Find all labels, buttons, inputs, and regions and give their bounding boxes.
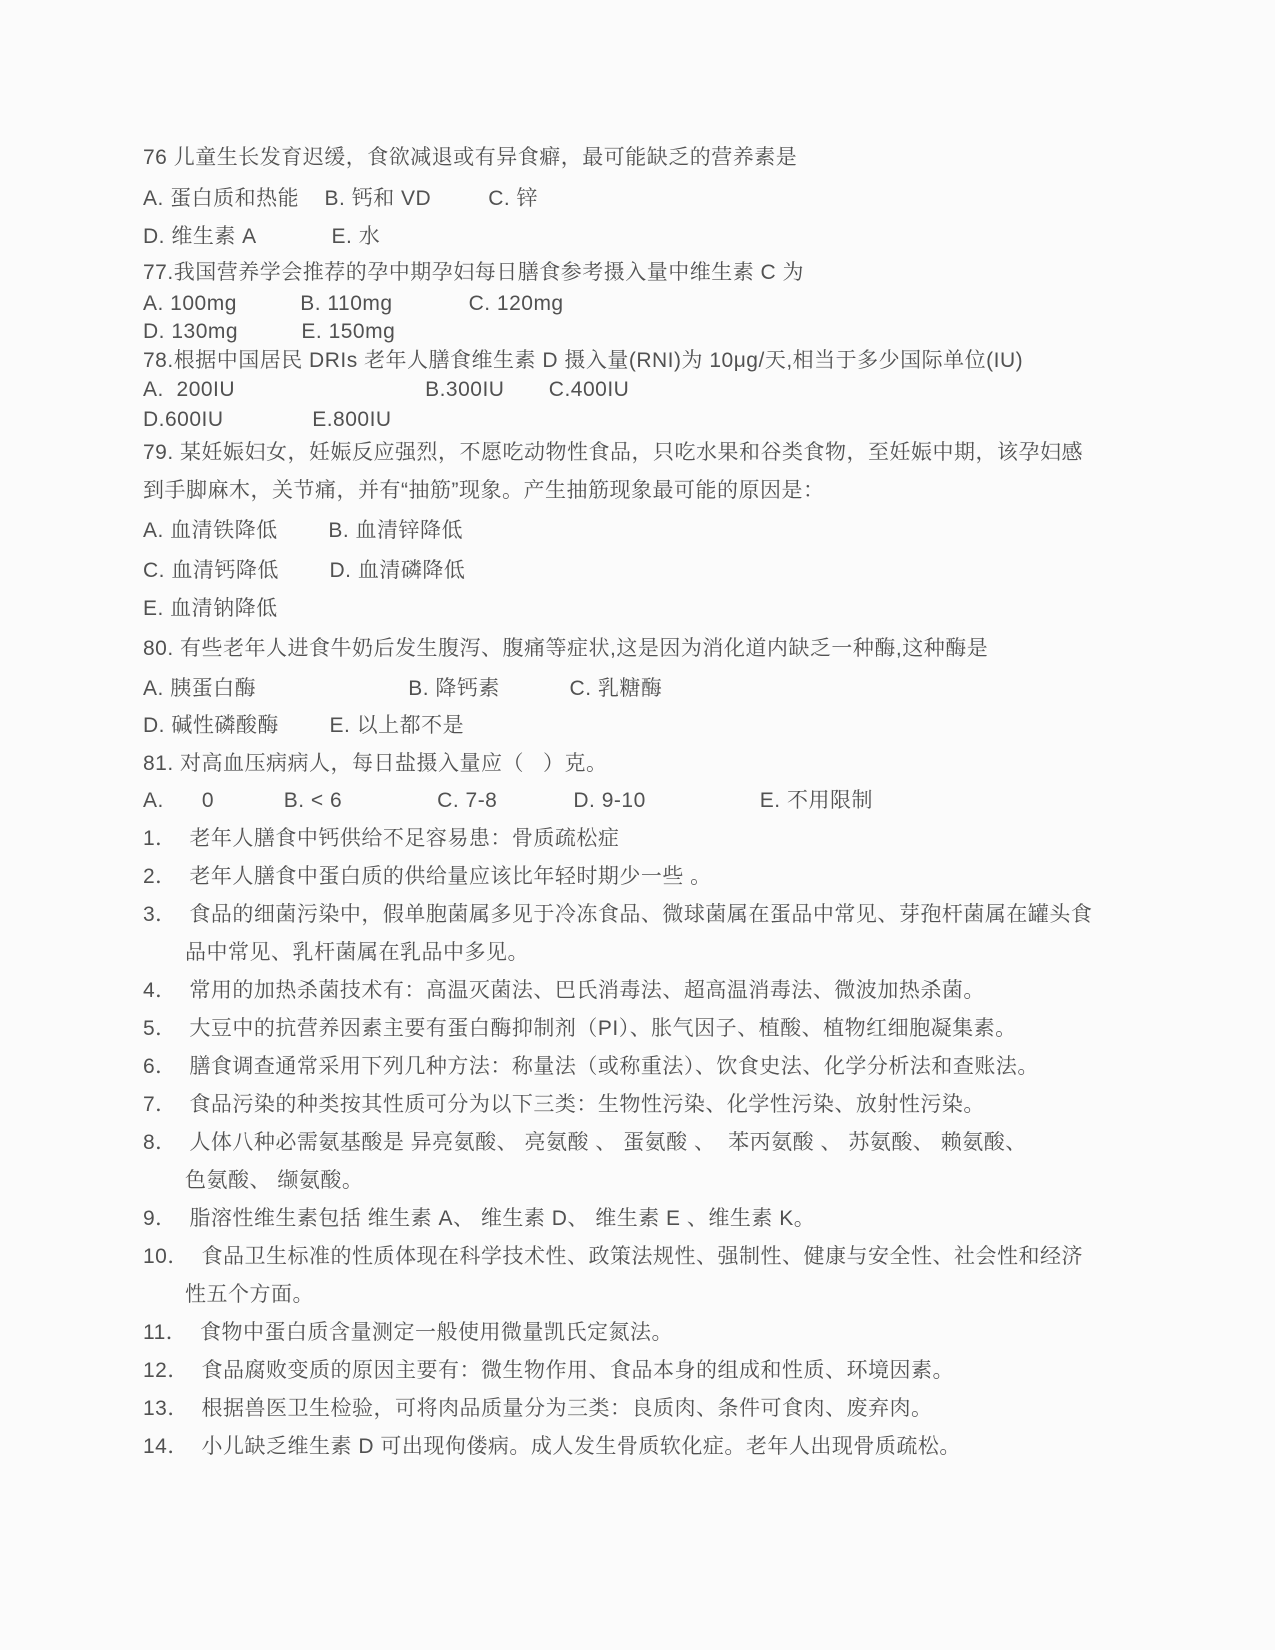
text-line: A. 100mg B. 110mg C. 120mg [143,286,1215,316]
text-line: E. 血清钠降低 [143,584,1215,622]
text-line: A. 200IU B.300IU C.400IU [143,374,1215,402]
text-line: D.600IU E.800IU [143,402,1215,432]
text-line: C. 血清钙降低 D. 血清磷降低 [143,544,1215,584]
text-line: 8． 人体八种必需氨基酸是 异亮氨酸、 亮氨酸 、 蛋氨酸 、 苯丙氨酸 、 苏… [143,1118,1215,1156]
text-line: 性五个方面。 [185,1270,1215,1308]
text-line: 78.根据中国居民 DRIs 老年人膳食维生素 D 摄入量(RNI)为 10μg… [143,344,1215,374]
text-line: D. 碱性磷酸酶 E. 以上都不是 [143,702,1215,739]
text-line: A. 0 B. < 6 C. 7-8 D. 9-10 E. 不用限制 [143,777,1215,814]
question-79: 79. 某妊娠妇女，妊娠反应强烈，不愿吃动物性食品，只吃水果和谷类食物，至妊娠中… [143,432,1215,622]
text-line: 6． 膳食调查通常采用下列几种方法：称量法（或称重法）、饮食史法、化学分析法和查… [143,1042,1215,1080]
text-line: A. 血清铁降低 B. 血清锌降低 [143,504,1215,544]
text-line: A. 胰蛋白酶 B. 降钙素 C. 乳糖酶 [143,662,1215,702]
question-77: 77.我国营养学会推荐的孕中期孕妇每日膳食参考摄入量中维生素 C 为A. 100… [143,250,1215,344]
text-line: 79. 某妊娠妇女，妊娠反应强烈，不愿吃动物性食品，只吃水果和谷类食物，至妊娠中… [143,432,1215,466]
text-line: 10． 食品卫生标准的性质体现在科学技术性、政策法规性、强制性、健康与安全性、社… [143,1232,1215,1270]
text-line: 品中常见、乳杆菌属在乳品中多见。 [185,928,1215,966]
text-line: 到手脚麻木，关节痛，并有“抽筋”现象。产生抽筋现象最可能的原因是： [143,466,1215,504]
text-line: 11． 食物中蛋白质含量测定一般使用微量凯氏定氮法。 [143,1308,1215,1346]
text-line: 7． 食品污染的种类按其性质可分为以下三类：生物性污染、化学性污染、放射性污染。 [143,1080,1215,1118]
text-line: 77.我国营养学会推荐的孕中期孕妇每日膳食参考摄入量中维生素 C 为 [143,250,1215,286]
question-78: 78.根据中国居民 DRIs 老年人膳食维生素 D 摄入量(RNI)为 10μg… [143,344,1215,432]
question-81: 81. 对高血压病病人，每日盐摄入量应（ ）克。A. 0 B. < 6 C. 7… [143,739,1215,814]
text-line: 80. 有些老年人进食牛奶后发生腹泻、腹痛等症状,这是因为消化道内缺乏一种酶,这… [143,622,1215,662]
text-line: A. 蛋白质和热能 B. 钙和 VD C. 锌 [143,171,1215,212]
text-line: 1． 老年人膳食中钙供给不足容易患：骨质疏松症 [143,814,1215,852]
text-line: 14． 小儿缺乏维生素 D 可出现佝偻病。成人发生骨质软化症。老年人出现骨质疏松… [143,1422,1215,1460]
text-line: D. 维生素 A E. 水 [143,212,1215,250]
text-line: D. 130mg E. 150mg [143,316,1215,344]
question-80: 80. 有些老年人进食牛奶后发生腹泻、腹痛等症状,这是因为消化道内缺乏一种酶,这… [143,622,1215,739]
text-line: 76 儿童生长发育迟缓，食欲减退或有异食癖，最可能缺乏的营养素是 [143,130,1215,171]
text-line: 色氨酸、 缬氨酸。 [185,1156,1215,1194]
text-line: 2． 老年人膳食中蛋白质的供给量应该比年轻时期少一些 。 [143,852,1215,890]
text-line: 12． 食品腐败变质的原因主要有：微生物作用、食品本身的组成和性质、环境因素。 [143,1346,1215,1384]
question-76: 76 儿童生长发育迟缓，食欲减退或有异食癖，最可能缺乏的营养素是A. 蛋白质和热… [143,130,1215,250]
text-line: 5． 大豆中的抗营养因素主要有蛋白酶抑制剂（PI）、胀气因子、植酸、植物红细胞凝… [143,1004,1215,1042]
text-line: 81. 对高血压病病人，每日盐摄入量应（ ）克。 [143,739,1215,777]
text-line: 13． 根据兽医卫生检验，可将肉品质量分为三类：良质肉、条件可食肉、废弃肉。 [143,1384,1215,1422]
statements: 1． 老年人膳食中钙供给不足容易患：骨质疏松症2． 老年人膳食中蛋白质的供给量应… [143,814,1215,1460]
text-line: 4． 常用的加热杀菌技术有：高温灭菌法、巴氏消毒法、超高温消毒法、微波加热杀菌。 [143,966,1215,1004]
document-page: 76 儿童生长发育迟缓，食欲减退或有异食癖，最可能缺乏的营养素是A. 蛋白质和热… [0,0,1275,1650]
document-content: 76 儿童生长发育迟缓，食欲减退或有异食癖，最可能缺乏的营养素是A. 蛋白质和热… [143,130,1215,1460]
text-line: 3． 食品的细菌污染中，假单胞菌属多见于冷冻食品、微球菌属在蛋品中常见、芽孢杆菌… [143,890,1215,928]
text-line: 9． 脂溶性维生素包括 维生素 A、 维生素 D、 维生素 E 、维生素 K。 [143,1194,1215,1232]
